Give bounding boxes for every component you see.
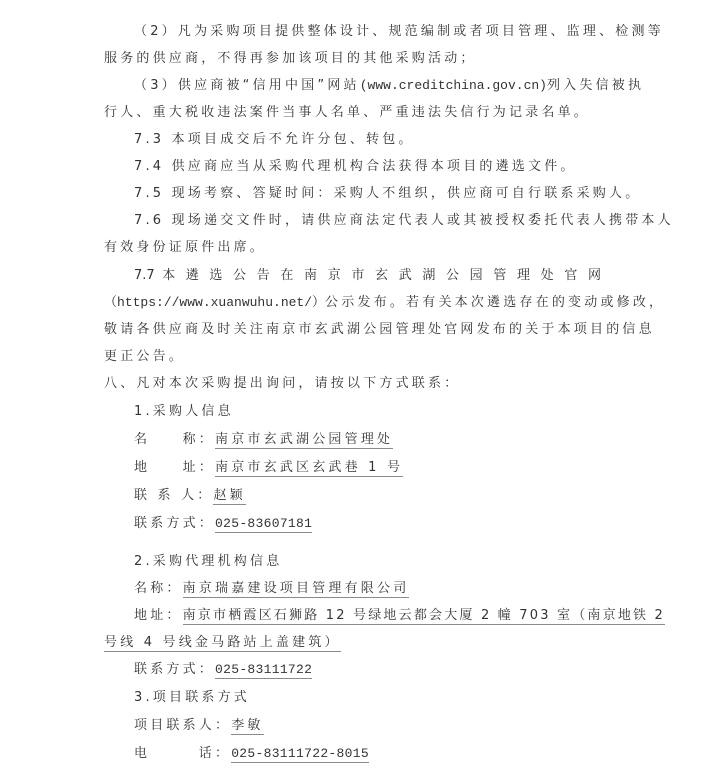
para-3-line-1: （3）供应商被“信用中国”网站(www.creditchina.gov.cn)列… [134, 76, 601, 96]
purchaser-contact-row: 联 系 人：赵颖 [134, 486, 601, 506]
project-contact-heading: 3.项目联系方式 [134, 688, 601, 708]
agency-phone-label: 联系方式： [134, 660, 215, 680]
item-7-7-suffix: 公示发布。若有关本次遴选存在的变动或修改， [325, 295, 665, 310]
project-phone-value: 025-83111722-8015 [231, 746, 369, 763]
item-7-7-line-4: 更正公告。 [104, 347, 601, 367]
agency-address-row: 地址：南京市栖霞区石狮路 12 号绿地云都会大厦 2 幢 703 室（南京地铁 … [134, 606, 601, 626]
item-7-5: 7.5 现场考察、答疑时间：采购人不组织，供应商可自行联系采购人。 [134, 184, 601, 204]
section-8-heading: 八、凡对本次采购提出询问，请按以下方式联系： [104, 374, 601, 394]
item-7-7-line-2: （https://www.xuanwuhu.net/）公示发布。若有关本次遴选存… [104, 293, 601, 313]
purchaser-contact-label: 联 系 人： [134, 486, 213, 506]
purchaser-address-value: 南京市玄武区玄武巷 1 号 [215, 460, 403, 477]
purchaser-phone-value: 025-83607181 [215, 516, 312, 533]
item-7-6-line-2: 有效身份证原件出席。 [104, 238, 601, 258]
purchaser-name-value: 南京市玄武湖公园管理处 [215, 432, 393, 449]
creditchina-url: (www.creditchina.gov.cn) [360, 78, 547, 93]
purchaser-phone-row: 联系方式：025-83607181 [134, 514, 601, 534]
item-7-3: 7.3 本项目成交后不允许分包、转包。 [134, 130, 601, 150]
item-7-7-line-3: 敬请各供应商及时关注南京市玄武湖公园管理处官网发布的关于本项目的信息 [104, 320, 601, 340]
para-3-line-2: 行人、重大税收违法案件当事人名单、严重违法失信行为记录名单。 [104, 103, 601, 123]
project-phone-label: 电 话： [134, 744, 231, 764]
project-contact-row: 项目联系人：李敏 [134, 716, 601, 736]
agency-address-row-2: 号线 4 号线金马路站上盖建筑） [104, 633, 601, 653]
purchaser-name-label: 名 称： [134, 430, 215, 450]
project-phone-row: 电 话：025-83111722-8015 [134, 744, 601, 764]
para-2-line-1: （2）凡为采购项目提供整体设计、规范编制或者项目管理、监理、检测等 [134, 22, 601, 42]
project-contact-label: 项目联系人： [134, 716, 231, 736]
purchaser-address-row: 地 址：南京市玄武区玄武巷 1 号 [134, 458, 601, 478]
agency-address-value-2: 号线 4 号线金马路站上盖建筑） [104, 635, 341, 652]
project-contact-value: 李敏 [231, 718, 263, 735]
item-7-7-line-1: 7.7 本 遴 选 公 告 在 南 京 市 玄 武 湖 公 园 管 理 处 官 … [134, 266, 601, 286]
para-3-prefix: （3）供应商被“信用中国”网站 [134, 78, 360, 93]
item-7-4: 7.4 供应商应当从采购代理机构合法获得本项目的遴选文件。 [134, 157, 601, 177]
agency-heading: 2.采购代理机构信息 [134, 552, 601, 572]
agency-name-label: 名称： [134, 579, 183, 599]
para-2-line-2: 服务的供应商，不得再参加该项目的其他采购活动； [104, 49, 601, 69]
agency-name-row: 名称：南京瑞嘉建设项目管理有限公司 [134, 579, 601, 599]
xuanwuhu-url: （https://www.xuanwuhu.net/） [104, 295, 325, 310]
agency-name-value: 南京瑞嘉建设项目管理有限公司 [183, 581, 410, 598]
agency-phone-value: 025-83111722 [215, 662, 312, 679]
purchaser-address-label: 地 址： [134, 458, 215, 478]
purchaser-heading: 1.采购人信息 [134, 402, 601, 422]
item-7-6-line-1: 7.6 现场递交文件时，请供应商法定代表人或其被授权委托代表人携带本人 [134, 211, 601, 231]
para-3-suffix: 列入失信被执 [547, 78, 644, 93]
agency-address-label: 地址： [134, 606, 183, 626]
purchaser-contact-value: 赵颖 [213, 488, 245, 505]
purchaser-phone-label: 联系方式： [134, 514, 215, 534]
purchaser-name-row: 名 称：南京市玄武湖公园管理处 [134, 430, 601, 450]
agency-phone-row: 联系方式：025-83111722 [134, 660, 601, 680]
agency-address-value-1: 南京市栖霞区石狮路 12 号绿地云都会大厦 2 幢 703 室（南京地铁 2 [183, 608, 665, 625]
